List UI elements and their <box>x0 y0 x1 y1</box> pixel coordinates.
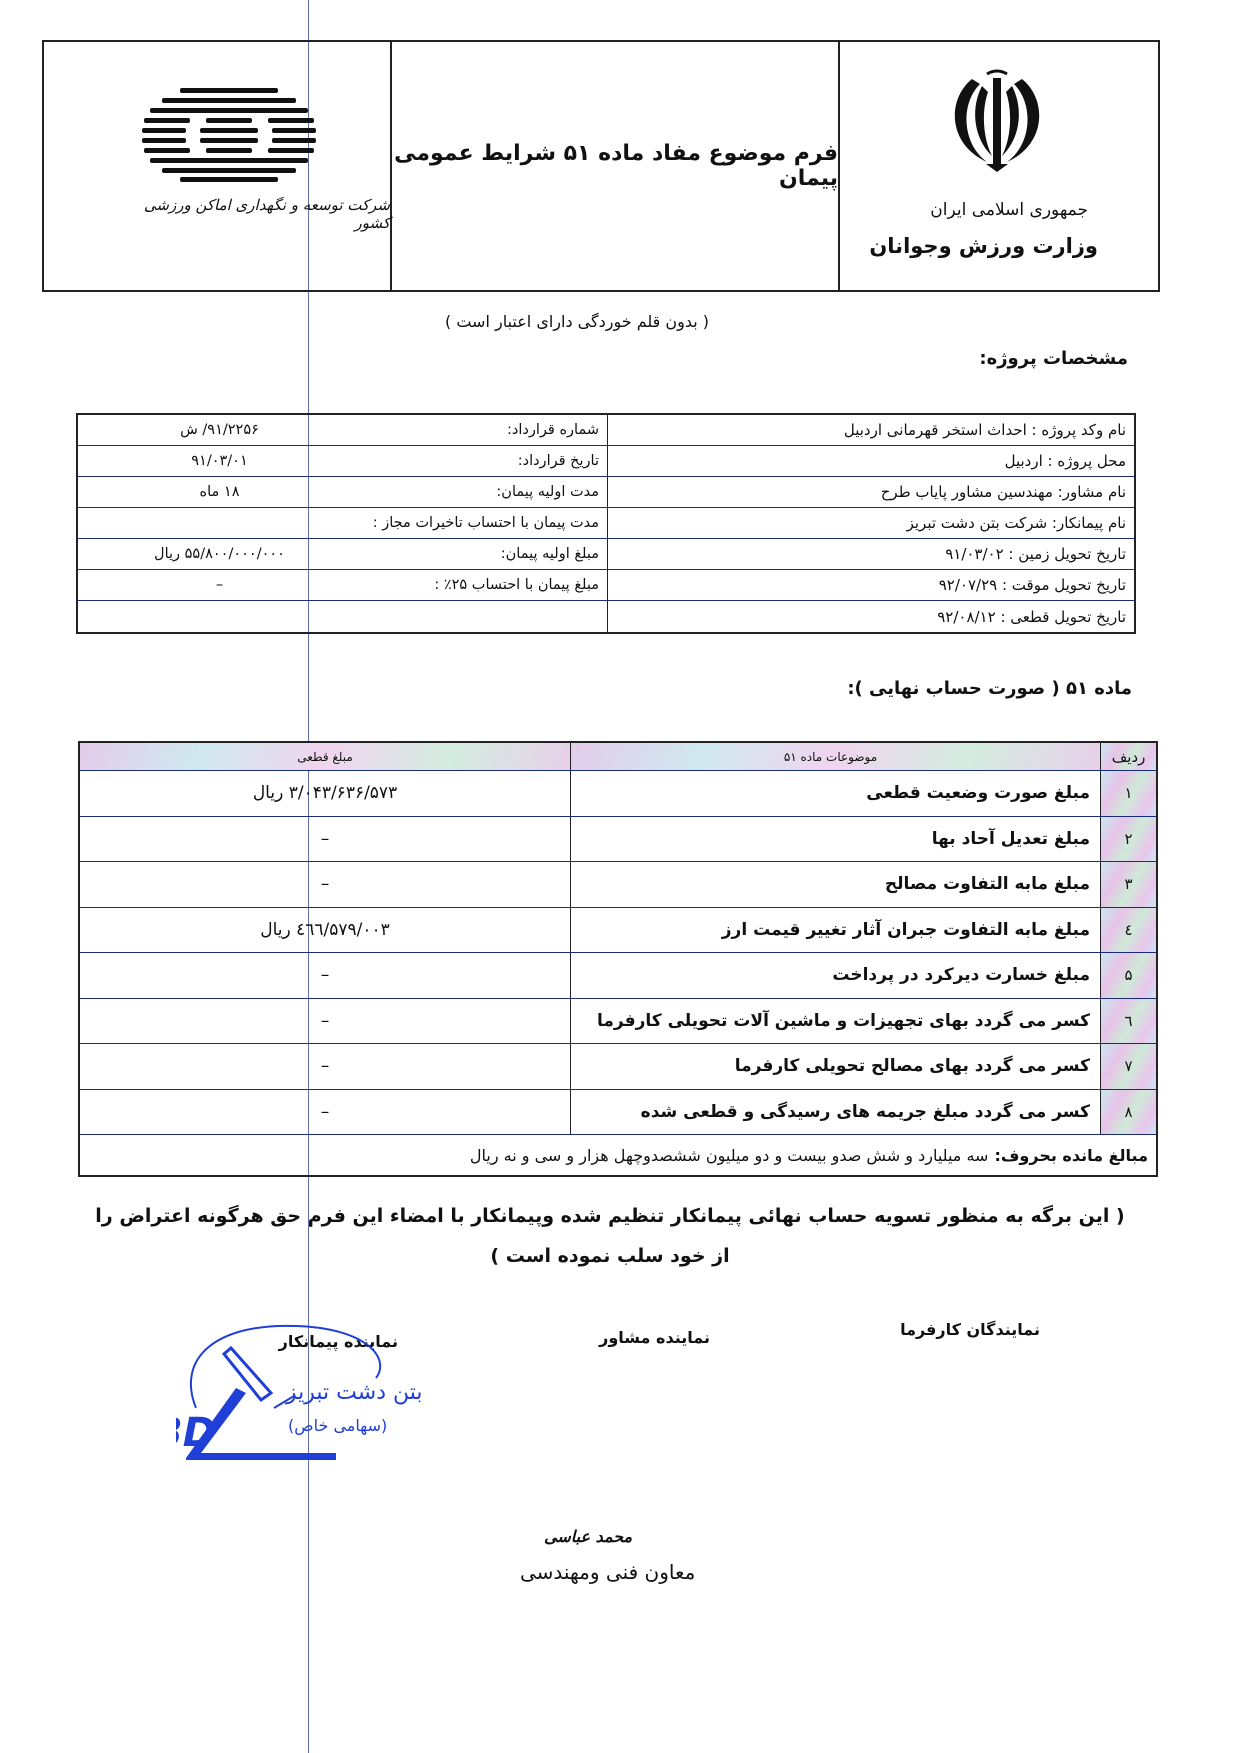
table-row: ۷ کسر می گردد بهای مصالح تحویلی کارفرما … <box>80 1044 1156 1090</box>
title-cell: فرم موضوع مفاد ماده ۵۱ شرایط عمومی پیمان <box>390 42 838 290</box>
row-amount: ۵۷۹/۰۰۳/٤٦٦ ریال <box>80 908 570 953</box>
table-row: ۳ مبلغ مابه التفاوت مصالح – <box>80 862 1156 908</box>
form-title: فرم موضوع مفاد ماده ۵۱ شرایط عمومی پیمان <box>392 141 838 191</box>
spec-field: تاریخ قرارداد: <box>361 446 607 476</box>
table-row: تاریخ تحویل موقت : ۹۲/۰۷/۲۹ مبلغ پیمان ب… <box>78 570 1134 601</box>
iran-emblem-icon <box>942 64 1052 174</box>
ministry-name: وزارت ورزش وجوانان <box>869 234 1098 258</box>
spec-label: محل پروژه : اردبیل <box>607 446 1134 476</box>
row-number: ۸ <box>1100 1090 1156 1135</box>
row-number: ۳ <box>1100 862 1156 907</box>
article-51-table: ردیف موضوعات ماده ۵۱ مبلغ قطعی ۱ مبلغ صو… <box>78 741 1158 1177</box>
spec-value: ۹۱/۲۲۵۶/ ش <box>78 415 361 445</box>
table-row: ٦ کسر می گردد بهای تجهیزات و ماشین آلات … <box>80 999 1156 1045</box>
row-number: ۵ <box>1100 953 1156 998</box>
row-subject: مبلغ خسارت دیرکرد در پرداخت <box>570 953 1100 998</box>
spec-value: ۹۱/۰۳/۰۱ <box>78 446 361 476</box>
company-stamp: BD بتن دشت تبریز (سهامی خاص) <box>176 1318 446 1468</box>
table-row: محل پروژه : اردبیل تاریخ قرارداد: ۹۱/۰۳/… <box>78 446 1134 477</box>
header-amount: مبلغ قطعی <box>80 743 570 770</box>
table-row: تاریخ تحویل قطعی : ۹۲/۰۸/۱۲ <box>78 601 1134 632</box>
spec-value <box>78 601 361 632</box>
row-number: ۷ <box>1100 1044 1156 1089</box>
row-amount: ۳/۰۴۳/۶۳۶/۵۷۳ ریال <box>80 771 570 816</box>
remaining-amount-words: سه میلیارد و شش صدو بیست و دو میلیون ششص… <box>470 1146 989 1165</box>
spec-field <box>361 601 607 632</box>
row-amount: – <box>80 1044 570 1089</box>
declaration-line-1: ( این برگه به منظور تسویه حساب نهائی پیم… <box>80 1196 1140 1236</box>
header-row-number: ردیف <box>1100 743 1156 770</box>
spec-field: مبلغ اولیه پیمان: <box>361 539 607 569</box>
row-subject: مبلغ مابه التفاوت جبران آثار تغییر قیمت … <box>570 908 1100 953</box>
table-row: ۱ مبلغ صورت وضعیت قطعی ۳/۰۴۳/۶۳۶/۵۷۳ ریا… <box>80 771 1156 817</box>
row-number: ۱ <box>1100 771 1156 816</box>
row-amount: – <box>80 953 570 998</box>
row-number: ٤ <box>1100 908 1156 953</box>
table-row: ۲ مبلغ تعدیل آحاد بها – <box>80 817 1156 863</box>
row-subject: کسر می گردد مبلغ جریمه های رسیدگی و قطعی… <box>570 1090 1100 1135</box>
signer-role: معاون فنی ومهندسی <box>520 1560 695 1584</box>
stamp-company-name: بتن دشت تبریز <box>286 1380 423 1405</box>
spec-label: تاریخ تحویل زمین : ۹۱/۰۳/۰۲ <box>607 539 1134 569</box>
spec-label: تاریخ تحویل موقت : ۹۲/۰۷/۲۹ <box>607 570 1134 600</box>
row-amount: – <box>80 817 570 862</box>
table-row: نام مشاور: مهندسین مشاور پایاب طرح مدت ا… <box>78 477 1134 508</box>
spec-field: مدت اولیه پیمان: <box>361 477 607 507</box>
table-row: ۵ مبلغ خسارت دیرکرد در پرداخت – <box>80 953 1156 999</box>
header-subject: موضوعات ماده ۵۱ <box>570 743 1100 770</box>
table-row: تاریخ تحویل زمین : ۹۱/۰۳/۰۲ مبلغ اولیه پ… <box>78 539 1134 570</box>
table-row: نام وکد پروژه : احداث استخر قهرمانی اردب… <box>78 415 1134 446</box>
spec-value: ۱۸ ماه <box>78 477 361 507</box>
stamp-company-type: (سهامی خاص) <box>288 1416 387 1435</box>
project-section-title: مشخصات پروژه: <box>979 348 1128 369</box>
validity-note: ( بدون قلم خوردگی دارای اعتبار است ) <box>445 312 709 331</box>
company-logo-icon <box>140 86 318 182</box>
spec-label: نام وکد پروژه : احداث استخر قهرمانی اردب… <box>607 415 1134 445</box>
consultant-signature-label: نماینده مشاور <box>599 1328 710 1347</box>
row-subject: مبلغ تعدیل آحاد بها <box>570 817 1100 862</box>
declaration-line-2: از خود سلب نموده است ) <box>80 1236 1140 1276</box>
spec-value: – <box>78 570 361 600</box>
article-section-title: ماده ۵۱ ( صورت حساب نهایی ): <box>847 678 1132 699</box>
row-amount: – <box>80 1090 570 1135</box>
signer-name: محمد عباسی <box>544 1527 632 1546</box>
row-number: ٦ <box>1100 999 1156 1044</box>
company-cell: شرکت توسعه و نگهداری اماکن ورزشی کشور <box>44 42 390 290</box>
company-name: شرکت توسعه و نگهداری اماکن ورزشی کشور <box>132 196 390 232</box>
row-subject: مبلغ مابه التفاوت مصالح <box>570 862 1100 907</box>
spec-field: مدت پیمان با احتساب تاخیرات مجاز : <box>138 508 607 538</box>
project-specs-table: نام وکد پروژه : احداث استخر قهرمانی اردب… <box>76 413 1136 634</box>
country-name: جمهوری اسلامی ایران <box>930 200 1088 220</box>
declaration-text: ( این برگه به منظور تسویه حساب نهائی پیم… <box>80 1196 1140 1276</box>
row-subject: مبلغ صورت وضعیت قطعی <box>570 771 1100 816</box>
row-number: ۲ <box>1100 817 1156 862</box>
spec-field: مبلغ پیمان با احتساب ۲۵٪ : <box>361 570 607 600</box>
remaining-label: مبالغ مانده بحروف: <box>994 1146 1148 1165</box>
spec-label: نام پیمانکار: شرکت بتن دشت تبریز <box>607 508 1134 538</box>
table-header-row: ردیف موضوعات ماده ۵۱ مبلغ قطعی <box>80 743 1156 771</box>
ministry-cell: جمهوری اسلامی ایران وزارت ورزش وجوانان <box>838 42 1158 290</box>
spec-label: تاریخ تحویل قطعی : ۹۲/۰۸/۱۲ <box>607 601 1134 632</box>
spec-value: ۵۵/۸۰۰/۰۰۰/۰۰۰ ریال <box>78 539 361 569</box>
table-row: نام پیمانکار: شرکت بتن دشت تبریز مدت پیم… <box>78 508 1134 539</box>
spec-value <box>78 508 138 538</box>
row-amount: – <box>80 999 570 1044</box>
table-row: ٤ مبلغ مابه التفاوت جبران آثار تغییر قیم… <box>80 908 1156 954</box>
spec-label: نام مشاور: مهندسین مشاور پایاب طرح <box>607 477 1134 507</box>
row-subject: کسر می گردد بهای مصالح تحویلی کارفرما <box>570 1044 1100 1089</box>
svg-text:BD: BD <box>176 1410 216 1456</box>
remaining-amount-row: مبالغ مانده بحروف: سه میلیارد و شش صدو ب… <box>80 1135 1156 1175</box>
table-row: ۸ کسر می گردد مبلغ جریمه های رسیدگی و قط… <box>80 1090 1156 1136</box>
spec-field: شماره قرارداد: <box>361 415 607 445</box>
document-header: جمهوری اسلامی ایران وزارت ورزش وجوانان ف… <box>42 40 1160 292</box>
row-subject: کسر می گردد بهای تجهیزات و ماشین آلات تح… <box>570 999 1100 1044</box>
employer-signature-label: نمایندگان کارفرما <box>900 1320 1040 1339</box>
row-amount: – <box>80 862 570 907</box>
